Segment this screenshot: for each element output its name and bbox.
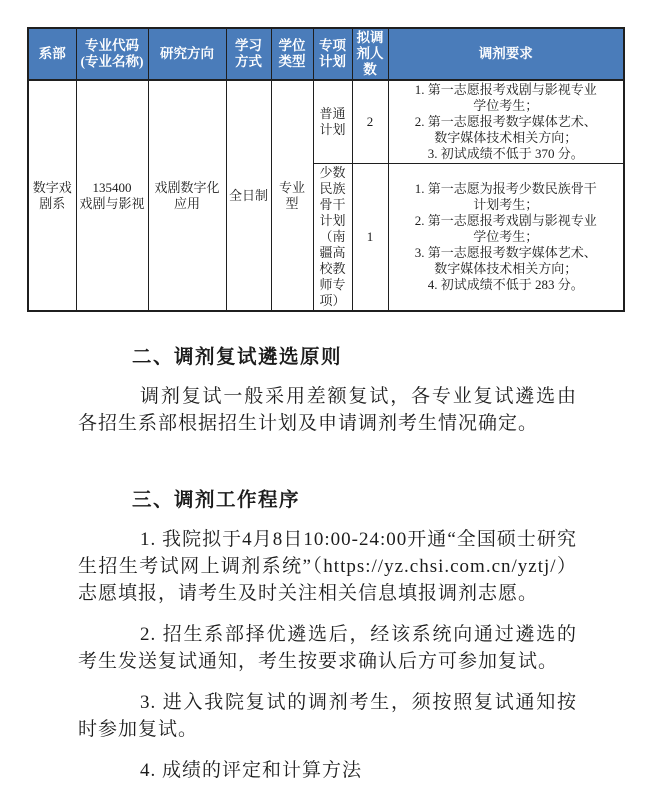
cell-research-direction: 戏剧数字化应用 bbox=[148, 80, 226, 311]
cell-requirements: 1. 第一志愿为报考少数民族骨干 计划考生； 2. 第一志愿报考戏剧与影视专业 … bbox=[388, 164, 624, 312]
cell-special-plan: 少数 民族 骨干 计划 （南 疆高 校教 师专 项） bbox=[313, 164, 352, 312]
paragraph-step-2: 2. 招生系部择优遴选后，经该系统向通过遴选的考生发送复试通知，考生按要求确认后… bbox=[78, 621, 577, 675]
cell-quota: 1 bbox=[352, 164, 388, 312]
cell-department: 数字戏 剧系 bbox=[28, 80, 76, 311]
col-header-department: 系部 bbox=[28, 28, 76, 80]
cell-requirements: 1. 第一志愿报考戏剧与影视专业 学位考生； 2. 第一志愿报考数字媒体艺术、 … bbox=[388, 80, 624, 164]
col-header-research-direction: 研究方向 bbox=[148, 28, 226, 80]
cell-degree-type: 专业 型 bbox=[271, 80, 313, 311]
paragraph-step-1: 1. 我院拟于4月8日10:00-24:00开通“全国硕士研究生招生考试网上调剂… bbox=[78, 526, 577, 607]
transfer-plan-table: 系部 专业代码 (专业名称) 研究方向 学习 方式 学位 类型 专项 计划 拟调… bbox=[27, 27, 625, 312]
paragraph-step-3: 3. 进入我院复试的调剂考生，须按照复试通知按时参加复试。 bbox=[78, 689, 577, 743]
cell-special-plan: 普通 计划 bbox=[313, 80, 352, 164]
col-header-special-plan: 专项 计划 bbox=[313, 28, 352, 80]
col-header-quota: 拟调 剂人 数 bbox=[352, 28, 388, 80]
col-header-requirements: 调剂要求 bbox=[388, 28, 624, 80]
document-page: 系部 专业代码 (专业名称) 研究方向 学习 方式 学位 类型 专项 计划 拟调… bbox=[0, 0, 647, 803]
cell-study-mode: 全日制 bbox=[226, 80, 271, 311]
paragraph-step-4: 4. 成绩的评定和计算方法 bbox=[78, 757, 577, 784]
section-2-heading: 二、调剂复试遴选原则 bbox=[78, 344, 577, 371]
col-header-study-mode: 学习 方式 bbox=[226, 28, 271, 80]
cell-major-code: 135400 戏剧与影视 bbox=[76, 80, 148, 311]
col-header-degree-type: 学位 类型 bbox=[271, 28, 313, 80]
section-3-heading: 三、调剂工作程序 bbox=[78, 487, 577, 514]
col-header-major-code: 专业代码 (专业名称) bbox=[76, 28, 148, 80]
paragraph-selection-principle: 调剂复试一般采用差额复试，各专业复试遴选由各招生系部根据招生计划及申请调剂考生情… bbox=[78, 383, 577, 437]
document-body: 二、调剂复试遴选原则 调剂复试一般采用差额复试，各专业复试遴选由各招生系部根据招… bbox=[78, 344, 577, 784]
table-header-row: 系部 专业代码 (专业名称) 研究方向 学习 方式 学位 类型 专项 计划 拟调… bbox=[28, 28, 624, 80]
table-row: 数字戏 剧系 135400 戏剧与影视 戏剧数字化应用 全日制 专业 型 普通 … bbox=[28, 80, 624, 164]
cell-quota: 2 bbox=[352, 80, 388, 164]
